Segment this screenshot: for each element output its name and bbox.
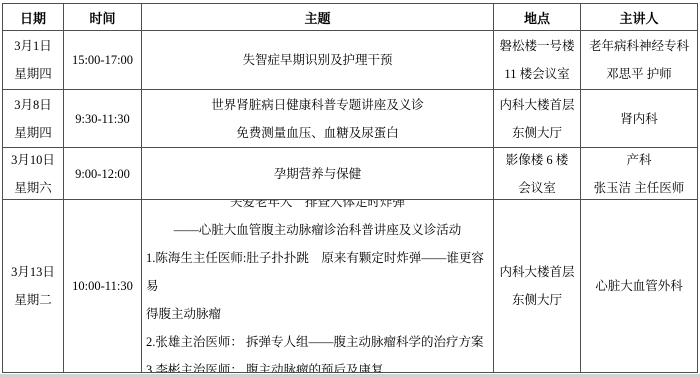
date-cell: 3月13日 星期二 (3, 200, 64, 373)
location-line: 磐松楼一号楼 (496, 32, 578, 60)
col-header-location: 地点 (494, 4, 581, 31)
time-cell: 9:00-12:00 (64, 148, 142, 200)
location-line: 11 楼会议室 (496, 60, 578, 88)
location-cell: 磐松楼一号楼 11 楼会议室 (494, 31, 581, 90)
topic-subtitle-line: ——心脏大血管腹主动脉瘤诊治科普讲座及义诊活动 (144, 216, 491, 244)
schedule-table: 日期 时间 主题 地点 主讲人 3月1日 星期四 15:00-17:00 失智症… (2, 3, 698, 373)
topic-line: 世界肾脏病日健康科普专题讲座及义诊 (144, 91, 491, 119)
location-cell: 影像楼 6 楼 会议室 (494, 148, 581, 200)
weekday-line: 星期四 (5, 119, 61, 147)
location-line: 东侧大厅 (496, 286, 578, 314)
location-line: 东侧大厅 (496, 119, 578, 147)
date-line: 3月1日 (5, 32, 61, 60)
col-header-time: 时间 (64, 4, 142, 31)
time-cell: 9:30-11:30 (64, 90, 142, 148)
speaker-line: 老年病科神经专科 (583, 32, 695, 60)
speaker-cell: 产科 张玉洁 主任医师 (581, 148, 698, 200)
speaker-cell: 肾内科 (581, 90, 698, 148)
topic-line: 失智症早期识别及护理干预 (144, 46, 491, 74)
topic-line: 孕期营养与保健 (144, 160, 491, 188)
speaker-line: 产科 (583, 148, 695, 174)
weekday-line: 星期六 (5, 174, 61, 201)
location-line: 内科大楼首层 (496, 91, 578, 119)
date-line: 3月10日 (5, 148, 61, 174)
topic-title-line: 关爱老年人 排查人体定时炸弹 (144, 200, 491, 216)
topic-cell: 世界肾脏病日健康科普专题讲座及义诊 免费测量血压、血糖及尿蛋白 (142, 90, 494, 148)
time-cell: 15:00-17:00 (64, 31, 142, 90)
location-cell: 内科大楼首层 东侧大厅 (494, 200, 581, 373)
topic-cell: 关爱老年人 排查人体定时炸弹 ——心脏大血管腹主动脉瘤诊治科普讲座及义诊活动 1… (142, 200, 494, 373)
location-line: 会议室 (496, 174, 578, 201)
topic-item-line: 3.李彬主治医师： 腹主动脉瘤的预后及康复 (144, 356, 493, 373)
topic-item-line: 2.张雄主治医师： 拆弹专人组——腹主动脉瘤科学的治疗方案 (144, 328, 493, 356)
topic-cell: 失智症早期识别及护理干预 (142, 31, 494, 90)
weekday-line: 星期四 (5, 60, 61, 88)
speaker-line: 邓思平 护师 (583, 60, 695, 88)
document-page: 日期 时间 主题 地点 主讲人 3月1日 星期四 15:00-17:00 失智症… (0, 0, 700, 378)
weekday-line: 星期二 (5, 286, 61, 314)
topic-item-line: 得腹主动脉瘤 (144, 300, 493, 328)
location-line: 影像楼 6 楼 (496, 148, 578, 174)
speaker-cell: 心脏大血管外科 (581, 200, 698, 373)
col-header-date: 日期 (3, 4, 64, 31)
location-line: 内科大楼首层 (496, 258, 578, 286)
date-line: 3月13日 (5, 258, 61, 286)
date-cell: 3月10日 星期六 (3, 148, 64, 200)
time-text: 9:30-11:30 (66, 105, 139, 133)
col-header-speaker: 主讲人 (581, 4, 698, 31)
col-header-topic: 主题 (142, 4, 494, 31)
time-text: 15:00-17:00 (66, 46, 139, 74)
topic-item-line: 1.陈海生主任医师:肚子扑扑跳 原来有颗定时炸弹——谁更容易 (144, 244, 493, 300)
time-cell: 10:00-11:30 (64, 200, 142, 373)
speaker-line: 张玉洁 主任医师 (583, 174, 695, 201)
speaker-cell: 老年病科神经专科 邓思平 护师 (581, 31, 698, 90)
location-cell: 内科大楼首层 东侧大厅 (494, 90, 581, 148)
date-cell: 3月8日 星期四 (3, 90, 64, 148)
page-edge-strip (0, 374, 700, 378)
topic-cell: 孕期营养与保健 (142, 148, 494, 200)
time-text: 9:00-12:00 (66, 160, 139, 188)
date-cell: 3月1日 星期四 (3, 31, 64, 90)
topic-line: 免费测量血压、血糖及尿蛋白 (144, 119, 491, 147)
date-line: 3月8日 (5, 91, 61, 119)
time-text: 10:00-11:30 (66, 272, 139, 300)
speaker-line: 心脏大血管外科 (583, 272, 695, 300)
speaker-line: 肾内科 (583, 105, 695, 133)
